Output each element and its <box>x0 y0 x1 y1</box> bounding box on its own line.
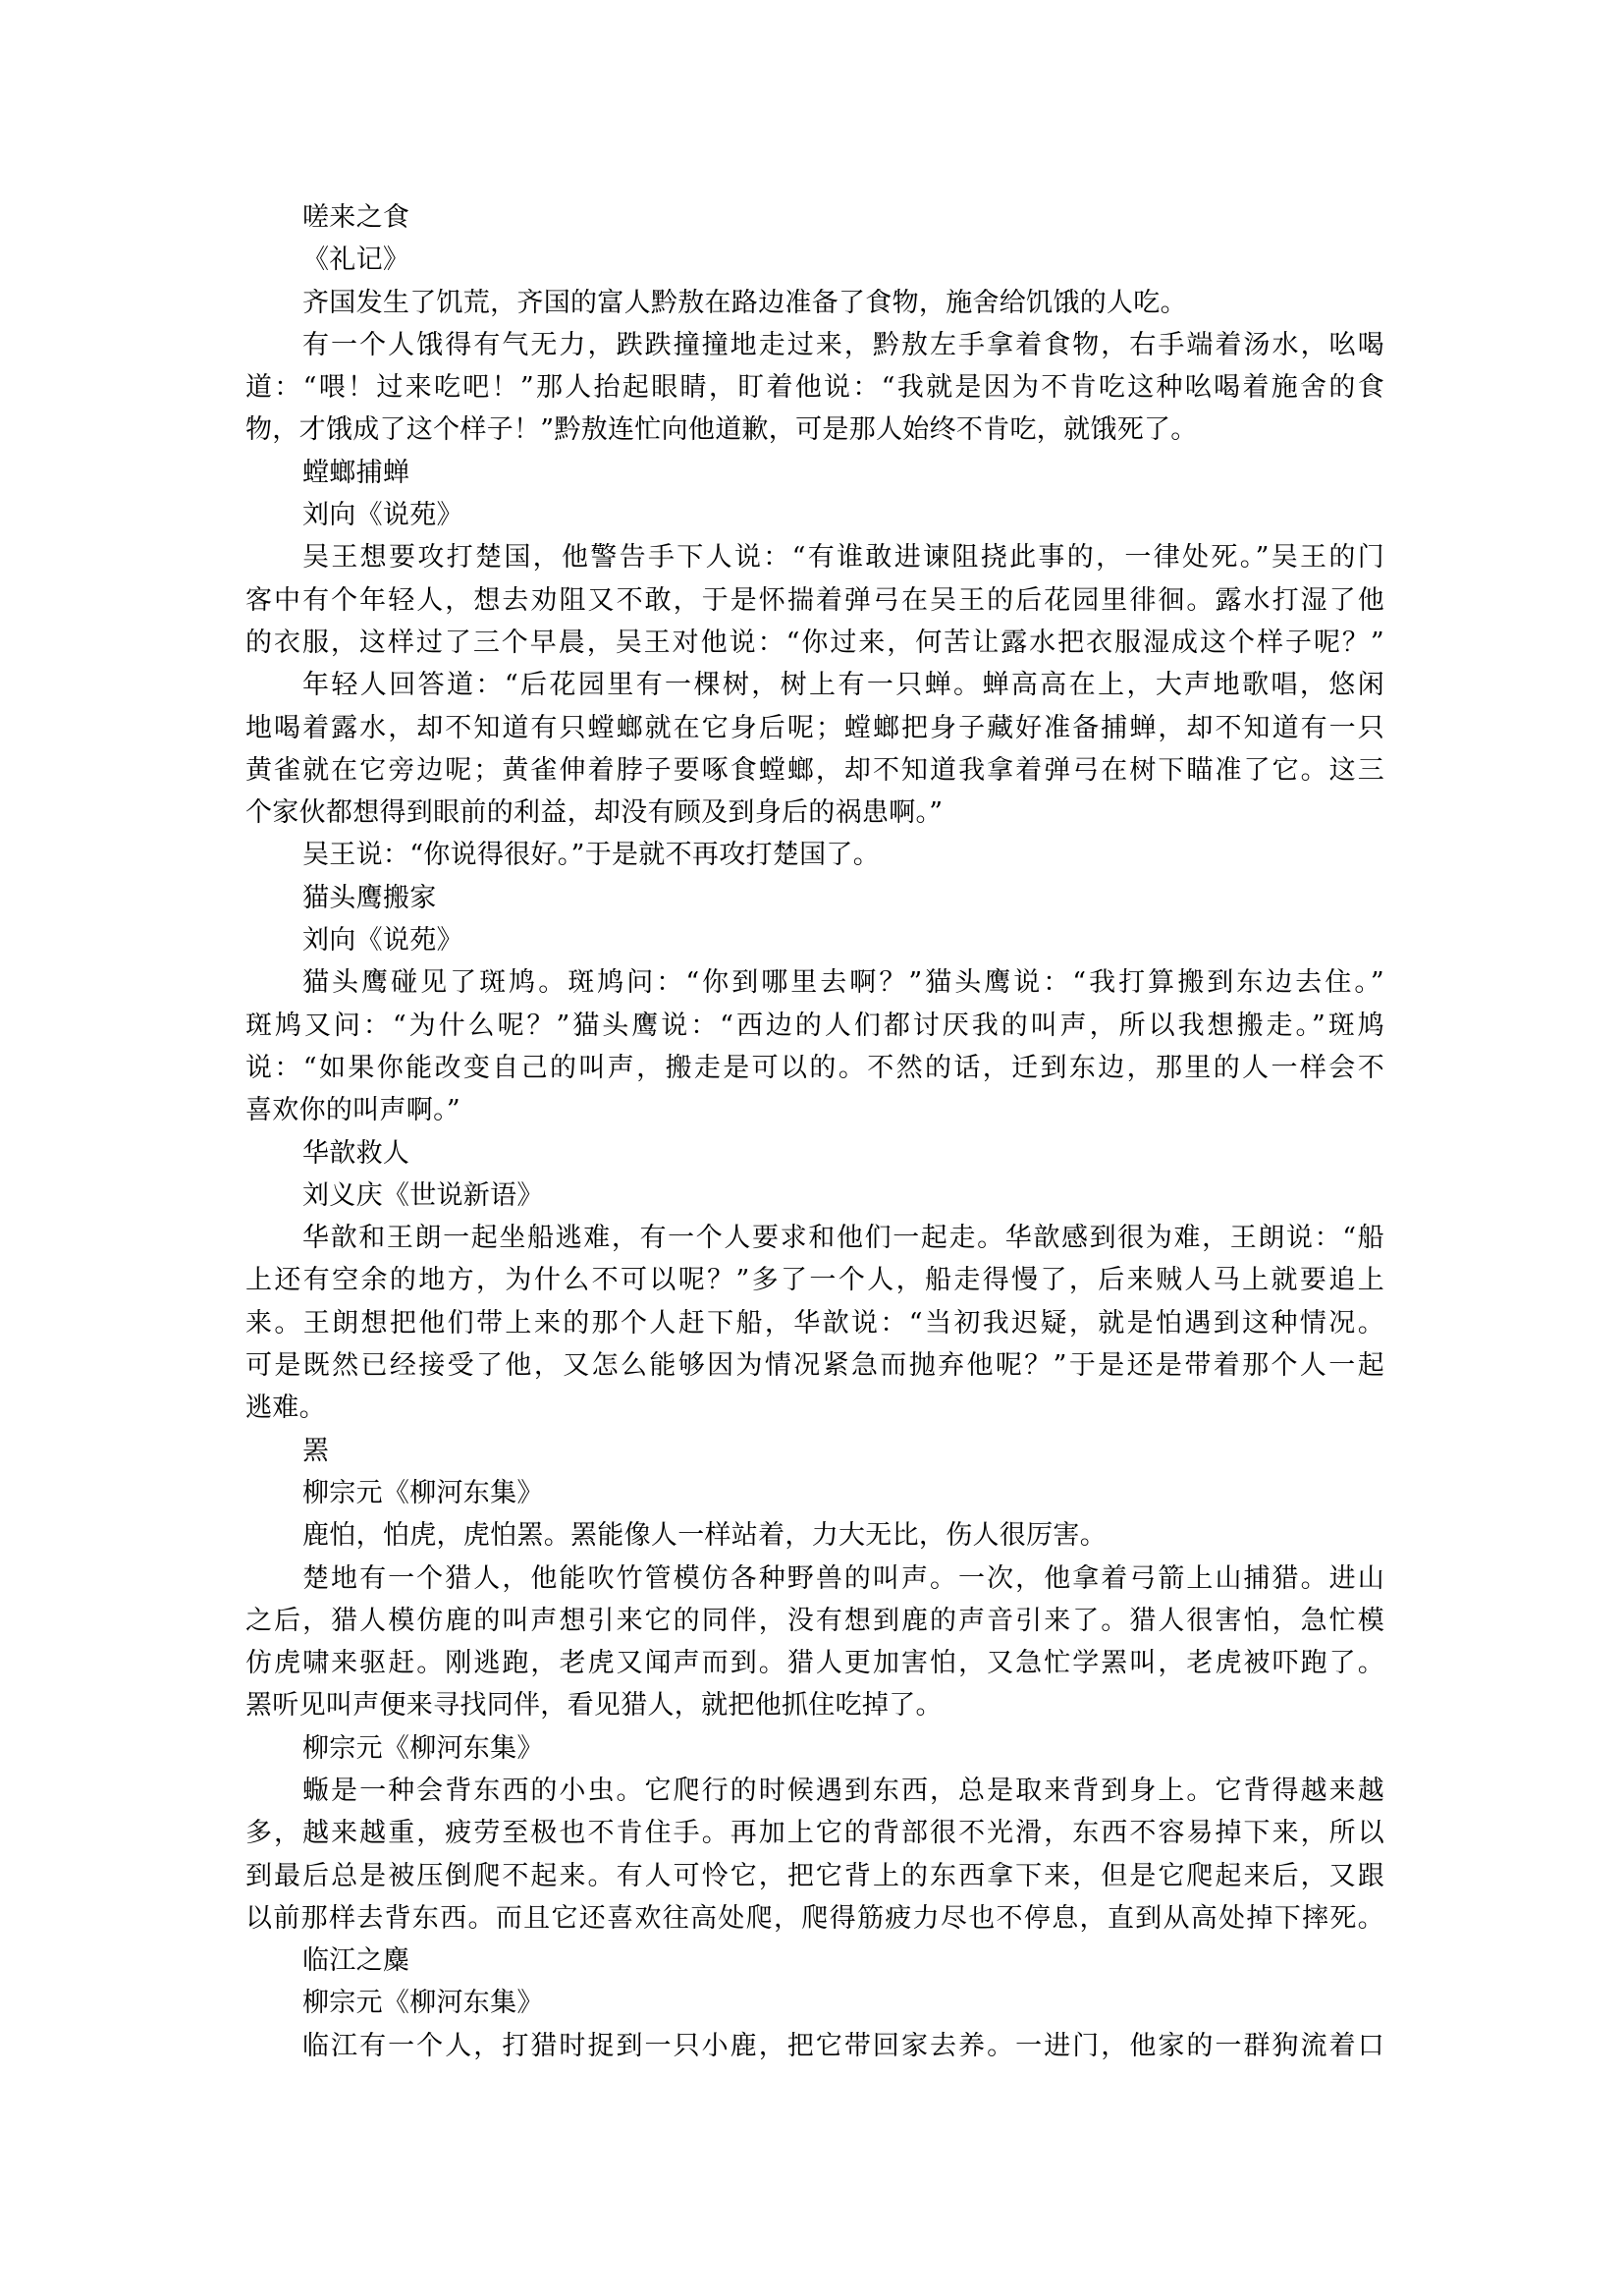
paragraph-line: 罴听见叫声便来寻找同伴，看见猎人，就把他抓住吃掉了。 <box>245 1684 1384 1726</box>
story-source: 柳宗元《柳河东集》 <box>245 1727 1384 1770</box>
paragraph-line: 吴王说：“你说得很好。”于是就不再攻打楚国了。 <box>245 834 1384 876</box>
paragraph-line: 说：“如果你能改变自己的叫声，搬走是可以的。不然的话，迁到东边，那里的人一样会不 <box>245 1047 1384 1089</box>
paragraph-line: 喜欢你的叫声啊。” <box>245 1089 1384 1131</box>
paragraph-line: 个家伙都想得到眼前的利益，却没有顾及到身后的祸患啊。” <box>245 792 1384 834</box>
story-linjiangzhimi: 临江之麋 柳宗元《柳河东集》 临江有一个人，打猎时捉到一只小鹿，把它带回家去养。… <box>245 1940 1384 2067</box>
paragraph-line: 吴王想要攻打楚国，他警告手下人说：“有谁敢进谏阻挠此事的，一律处死。”吴王的门 <box>245 536 1384 578</box>
story-title: 嗟来之食 <box>245 196 1384 239</box>
paragraph-line: 上还有空余的地方，为什么不可以呢？”多了一个人，船走得慢了，后来贼人马上就要追上 <box>245 1259 1384 1301</box>
paragraph-line: 鹿怕，怕虎，虎怕罴。罴能像人一样站着，力大无比，伤人很厉害。 <box>245 1514 1384 1557</box>
paragraph-line: 黄雀就在它旁边呢；黄雀伸着脖子要啄食螳螂，却不知道我拿着弹弓在树下瞄准了它。这三 <box>245 749 1384 792</box>
paragraph-line: 之后，猎人模仿鹿的叫声想引来它的同伴，没有想到鹿的声音引来了。猎人很害怕，急忙模 <box>245 1600 1384 1642</box>
story-tanglangbuchan: 螳螂捕蝉 刘向《说苑》 吴王想要攻打楚国，他警告手下人说：“有谁敢进谏阻挠此事的… <box>245 452 1384 877</box>
paragraph-line: 以前那样去背东西。而且它还喜欢往高处爬，爬得筋疲力尽也不停息，直到从高处掉下摔死… <box>245 1897 1384 1940</box>
story-source: 刘义庆《世说新语》 <box>245 1175 1384 1217</box>
story-title: 螳螂捕蝉 <box>245 452 1384 494</box>
story-title: 罴 <box>245 1430 1384 1472</box>
story-source: 刘向《说苑》 <box>245 919 1384 961</box>
document-page: 嗟来之食 《礼记》 齐国发生了饥荒，齐国的富人黔敖在路边准备了食物，施舍给饥饿的… <box>245 196 1384 2067</box>
paragraph-line: 临江有一个人，打猎时捉到一只小鹿，把它带回家去养。一进门，他家的一群狗流着口 <box>245 2025 1384 2067</box>
paragraph-line: 华歆和王朗一起坐船逃难，有一个人要求和他们一起走。华歆感到很为难，王朗说：“船 <box>245 1217 1384 1259</box>
paragraph-line: 猫头鹰碰见了斑鸠。斑鸠问：“你到哪里去啊？”猫头鹰说：“我打算搬到东边去住。” <box>245 961 1384 1004</box>
story-title: 临江之麋 <box>245 1940 1384 1982</box>
story-jielaizhishi: 嗟来之食 《礼记》 齐国发生了饥荒，齐国的富人黔敖在路边准备了食物，施舍给饥饿的… <box>245 196 1384 452</box>
paragraph-line: 年轻人回答道：“后花园里有一棵树，树上有一只蝉。蝉高高在上，大声地歌唱，悠闲 <box>245 664 1384 706</box>
paragraph-line: 来。王朗想把他们带上来的那个人赶下船，华歆说：“当初我迟疑，就是怕遇到这种情况。 <box>245 1302 1384 1344</box>
story-pi: 罴 柳宗元《柳河东集》 鹿怕，怕虎，虎怕罴。罴能像人一样站着，力大无比，伤人很厉… <box>245 1430 1384 1727</box>
paragraph-line: 的衣服，这样过了三个早晨，吴王对他说：“你过来，何苦让露水把衣服湿成这个样子呢？… <box>245 622 1384 664</box>
paragraph-line: 蝂是一种会背东西的小虫。它爬行的时候遇到东西，总是取来背到身上。它背得越来越 <box>245 1770 1384 1812</box>
story-title: 华歆救人 <box>245 1132 1384 1175</box>
story-maotouyingbanjia: 猫头鹰搬家 刘向《说苑》 猫头鹰碰见了斑鸠。斑鸠问：“你到哪里去啊？”猫头鹰说：… <box>245 877 1384 1132</box>
paragraph-line: 地喝着露水，却不知道有只螳螂就在它身后呢；螳螂把身子藏好准备捕蝉，却不知道有一只 <box>245 707 1384 749</box>
paragraph-line: 有一个人饿得有气无力，跌跌撞撞地走过来，黔敖左手拿着食物，右手端着汤水，吆喝 <box>245 324 1384 366</box>
paragraph-line: 仿虎啸来驱赶。刚逃跑，老虎又闻声而到。猎人更加害怕，又急忙学罴叫，老虎被吓跑了。 <box>245 1642 1384 1684</box>
story-huaxinjiuren: 华歆救人 刘义庆《世说新语》 华歆和王朗一起坐船逃难，有一个人要求和他们一起走。… <box>245 1132 1384 1430</box>
story-source: 柳宗元《柳河东集》 <box>245 1982 1384 2024</box>
paragraph-line: 道：“喂！过来吃吧！”那人抬起眼睛，盯着他说：“我就是因为不肯吃这种吆喝着施舍的… <box>245 366 1384 409</box>
story-source: 《礼记》 <box>245 239 1384 281</box>
paragraph-line: 楚地有一个猎人，他能吹竹管模仿各种野兽的叫声。一次，他拿着弓箭上山捕猎。进山 <box>245 1558 1384 1600</box>
paragraph-line: 逃难。 <box>245 1387 1384 1429</box>
paragraph-line: 可是既然已经接受了他，又怎么能够因为情况紧急而抛弃他呢？”于是还是带着那个人一起 <box>245 1344 1384 1387</box>
story-title: 猫头鹰搬家 <box>245 877 1384 919</box>
paragraph-line: 到最后总是被压倒爬不起来。有人可怜它，把它背上的东西拿下来，但是它爬起来后，又跟 <box>245 1855 1384 1897</box>
story-fuban: 柳宗元《柳河东集》 蝂是一种会背东西的小虫。它爬行的时候遇到东西，总是取来背到身… <box>245 1727 1384 1940</box>
story-source: 柳宗元《柳河东集》 <box>245 1472 1384 1514</box>
paragraph-line: 斑鸠又问：“为什么呢？”猫头鹰说：“西边的人们都讨厌我的叫声，所以我想搬走。”斑… <box>245 1005 1384 1047</box>
paragraph-line: 客中有个年轻人，想去劝阻又不敢，于是怀揣着弹弓在吴王的后花园里徘徊。露水打湿了他 <box>245 579 1384 622</box>
paragraph-line: 多，越来越重，疲劳至极也不肯住手。再加上它的背部很不光滑，东西不容易掉下来，所以 <box>245 1812 1384 1854</box>
story-source: 刘向《说苑》 <box>245 494 1384 536</box>
paragraph-line: 物，才饿成了这个样子！”黔敖连忙向他道歉，可是那人始终不肯吃，就饿死了。 <box>245 409 1384 451</box>
paragraph-line: 齐国发生了饥荒，齐国的富人黔敖在路边准备了食物，施舍给饥饿的人吃。 <box>245 282 1384 324</box>
